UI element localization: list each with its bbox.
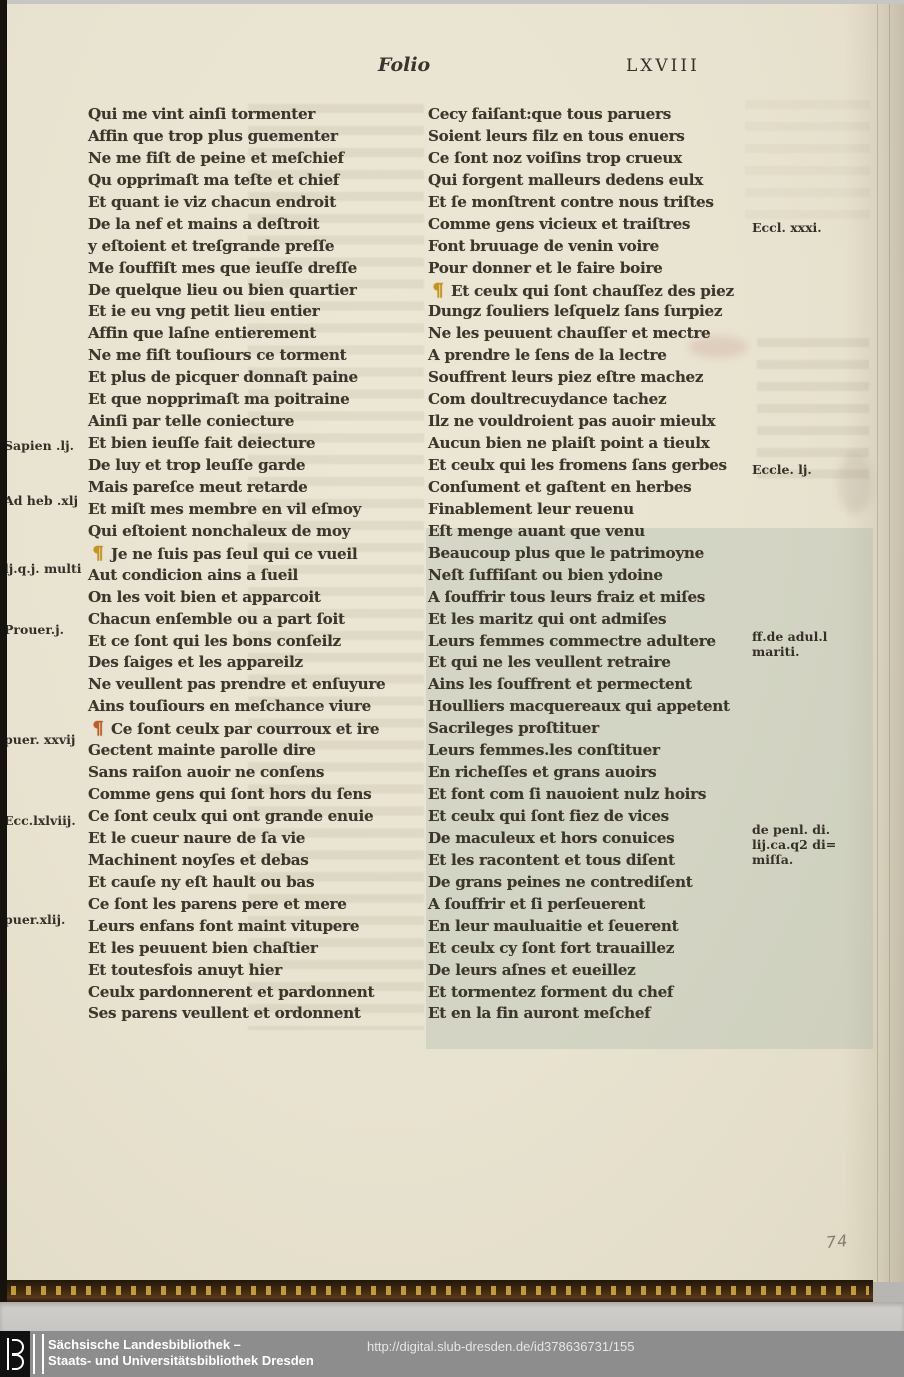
verse-line: Qui me vint ainſi tormenter — [88, 104, 385, 126]
verse-line: Pour donner et le faire boire — [428, 258, 734, 280]
verse-line: Des ſaiges et les appareilz — [88, 652, 385, 674]
verse-line: Eſt menge auant que venu — [428, 521, 734, 543]
verse-line: Ne me fiſt touſiours ce torment — [88, 345, 385, 367]
verse-line: Et les racontent et tous diſent — [428, 850, 734, 872]
margin-citation: Eccl. xxxi. — [752, 220, 822, 235]
slub-logo — [0, 1331, 30, 1377]
verse-line: Houlliers macquereaux qui appetent — [428, 696, 734, 718]
verse-line: Qui eſtoient nonchaleux de moy — [88, 521, 385, 543]
verse-line: Ses parens veullent et ordonnent — [88, 1003, 385, 1025]
library-name: Sächsische Landesbibliothek – Staats- un… — [48, 1337, 314, 1369]
stain — [838, 452, 872, 514]
verse-line: Et cauſe ny eſt hault ou bas — [88, 872, 385, 894]
gilt-ornament — [11, 1286, 869, 1295]
margin-citation: de penl. di.lij.ca.q2 di=miſſa. — [752, 822, 836, 867]
verse-line: Souffrent leurs piez eſtre machez — [428, 367, 734, 389]
verse-line: Ilz ne vouldroient pas auoir mieulx — [428, 411, 734, 433]
verse-line: Ne me fiſt de peine et meſchief — [88, 148, 385, 170]
verse-line: Et les maritz qui ont admiſes — [428, 609, 734, 631]
verso-showthrough-corner — [745, 100, 870, 220]
verse-line: Mais pareſce meut retarde — [88, 477, 385, 499]
verse-line: Et ſe monſtrent contre nous triſtes — [428, 192, 734, 214]
verse-line: Ne veullent pas prendre et enſuyure — [88, 674, 385, 696]
verse-line: Et font com ſi nauoient nulz hoirs — [428, 784, 734, 806]
verse-line: Leurs enfans font maint vitupere — [88, 916, 385, 938]
verse-line: A prendre le ſens de la lectre — [428, 345, 734, 367]
margin-citation: Ecc.lxlviij. — [4, 813, 76, 828]
verse-line: ¶Je ne ſuis pas ſeul qui ce vueil — [88, 543, 385, 565]
verse-line: Ainſi par telle coniecture — [88, 411, 385, 433]
margin-citation-line: de penl. di. — [752, 822, 836, 837]
verse-line: Et ce ſont qui les bons conſeilz — [88, 631, 385, 653]
margin-citation: Sapien .lj. — [4, 438, 74, 453]
margin-citation: ff.de adul.lmariti. — [752, 629, 827, 659]
margin-citation: Eccle. lj. — [752, 462, 812, 477]
verse-line: Et miſt mes membre en vil eſmoy — [88, 499, 385, 521]
verse-line: Et bien ieuſſe fait deiecture — [88, 433, 385, 455]
verse-line: Com doultrecuydance tachez — [428, 389, 734, 411]
verse-line: A ſouffrir tous leurs fraiz et miſes — [428, 587, 734, 609]
table-cloth — [0, 1302, 904, 1331]
verse-line: De leurs aſnes et eueillez — [428, 960, 734, 982]
verse-line: En leur mauluaitie et ſeuerent — [428, 916, 734, 938]
verse-line: Aut condicion ains a ſueil — [88, 565, 385, 587]
verse-line: De maculeux et hors conuices — [428, 828, 734, 850]
verse-line: Qu opprimaſt ma teſte et chief — [88, 170, 385, 192]
verse-line: Comme gens vicieux et traiſtres — [428, 214, 734, 236]
verse-line: Font bruuage de venin voire — [428, 236, 734, 258]
verse-line: ¶Ce ſont ceulx par courroux et ire — [88, 718, 385, 740]
verse-line: Ains touſiours en meſchance viure — [88, 696, 385, 718]
scan-left-edge — [0, 0, 7, 1302]
verse-line: Cecy faiſant:que tous paruers — [428, 104, 734, 126]
margin-citation-line: Eccle. lj. — [752, 462, 812, 477]
margin-citation: puer. xxvij — [4, 732, 75, 747]
verse-line: Sacrileges proſtituer — [428, 718, 734, 740]
verse-line: Ceulx pardonnerent et pardonnent — [88, 982, 385, 1004]
verse-line: Comme gens qui ſont hors du ſens — [88, 784, 385, 806]
margin-citation: puer.xlij. — [4, 912, 65, 927]
verse-line: Et toutesfois anuyt hier — [88, 960, 385, 982]
margin-citation-line: miſſa. — [752, 852, 836, 867]
digitized-book-scan: Folio LXVIII Qui me vint ainſi tormenter… — [0, 0, 904, 1377]
verse-line: Ne les peuuent chauſſer et mectre — [428, 323, 734, 345]
verse-line: Finablement leur reuenu — [428, 499, 734, 521]
verse-line: Et ie eu vng petit lieu entier — [88, 301, 385, 323]
verse-line: Ce ſont ceulx qui ont grande enuie — [88, 806, 385, 828]
verse-line: Et en la fin auront meſchef — [428, 1003, 734, 1025]
verse-line: Conſument et gaſtent en herbes — [428, 477, 734, 499]
footer-divider-lines — [33, 1334, 44, 1374]
verse-line: Aucun bien ne plaiſt point a tieulx — [428, 433, 734, 455]
pencil-page-number: 74 — [825, 1231, 849, 1252]
verse-line: Affin que laſne entierement — [88, 323, 385, 345]
margin-citation-line: lij.ca.q2 di= — [752, 837, 836, 852]
margin-citation: Prouer.j. — [4, 622, 64, 637]
verse-line: Ce ſont les parens pere et mere — [88, 894, 385, 916]
verse-line: Sans raiſon auoir ne conſens — [88, 762, 385, 784]
margin-citation-line: ff.de adul.l — [752, 629, 827, 644]
verse-line: ¶Et ceulx qui ſont chauſſez des piez — [428, 280, 734, 302]
verse-line: Soient leurs filz en tous enuers — [428, 126, 734, 148]
gilt-book-edge — [7, 1280, 873, 1302]
verse-line: Et les peuuent bien chaſtier — [88, 938, 385, 960]
verse-line: De la nef et mains a deſtroit — [88, 214, 385, 236]
right-text-column: Cecy faiſant:que tous paruersSoient leur… — [428, 104, 734, 1025]
verse-line: Ains les ſouffrent et permectent — [428, 674, 734, 696]
verse-line: Et quant ie viz chacun endroit — [88, 192, 385, 214]
verse-line: Et plus de picquer donnaſt paine — [88, 367, 385, 389]
margin-citation: Ad heb .xlj — [4, 493, 78, 508]
document-url: http://digital.slub-dresden.de/id3786367… — [367, 1339, 634, 1354]
verse-line: Me ſouffiſt mes que ieuſſe dreſſe — [88, 258, 385, 280]
verse-line: Et ceulx qui les fromens ſans gerbes — [428, 455, 734, 477]
verse-line: On les voit bien et apparcoit — [88, 587, 385, 609]
page-edge-line — [877, 0, 878, 1282]
verse-line: y eſtoient et treſgrande preſſe — [88, 236, 385, 258]
verse-line: Leurs femmes.les conſtituer — [428, 740, 734, 762]
verse-line: Et ceulx qui ſont fiez de vices — [428, 806, 734, 828]
folio-number: LXVIII — [626, 56, 700, 76]
library-name-line1: Sächsische Landesbibliothek – — [48, 1337, 314, 1353]
verse-line: Beaucoup plus que le patrimoyne — [428, 543, 734, 565]
page-edge-line — [889, 0, 890, 1282]
folio-label: Folio — [378, 54, 430, 76]
red-initial-mark: ¶ — [88, 718, 108, 740]
verse-line: Et le cueur naure de ſa vie — [88, 828, 385, 850]
verse-line: Machinent noyſes et debas — [88, 850, 385, 872]
verse-line: Leurs femmes commectre adultere — [428, 631, 734, 653]
verse-line: Et qui ne les veullent retraire — [428, 652, 734, 674]
slub-logo-mark — [7, 1338, 25, 1370]
verse-line: Chacun enſemble ou a part ſoit — [88, 609, 385, 631]
scan-top-edge — [0, 0, 904, 4]
gold-initial-mark: ¶ — [428, 280, 448, 302]
gold-initial-mark: ¶ — [88, 543, 108, 565]
verse-line: Et tormentez forment du chef — [428, 982, 734, 1004]
verse-line: Neſt ſuffiſant ou bien ydoine — [428, 565, 734, 587]
verse-line: Affin que trop plus guementer — [88, 126, 385, 148]
margin-citation: lj.q.j. multi — [4, 561, 82, 576]
verse-line: De quelque lieu ou bien quartier — [88, 280, 385, 302]
margin-citation-line: mariti. — [752, 644, 827, 659]
verse-line: Et que nopprimaſt ma poitraine — [88, 389, 385, 411]
verse-line: De luy et trop leuſſe garde — [88, 455, 385, 477]
verse-line: De grans peines ne contrediſent — [428, 872, 734, 894]
verse-line: Et ceulx cy ſont fort trauaillez — [428, 938, 734, 960]
library-footer-bar: Sächsische Landesbibliothek – Staats- un… — [0, 1331, 904, 1377]
left-text-column: Qui me vint ainſi tormenterAffin que tro… — [88, 104, 385, 1025]
verse-line: Ce ſont noz voiſins trop crueux — [428, 148, 734, 170]
verse-line: A ſouffrir et ſi perſeuerent — [428, 894, 734, 916]
verse-line: En richeſſes et grans auoirs — [428, 762, 734, 784]
margin-citation-line: Eccl. xxxi. — [752, 220, 822, 235]
library-name-line2: Staats- und Universitätsbibliothek Dresd… — [48, 1353, 314, 1369]
verse-line: Gectent mainte parolle dire — [88, 740, 385, 762]
verse-line: Qui forgent malleurs dedens eulx — [428, 170, 734, 192]
verse-line: Dungz ſouliers leſquelz ſans ſurpiez — [428, 301, 734, 323]
